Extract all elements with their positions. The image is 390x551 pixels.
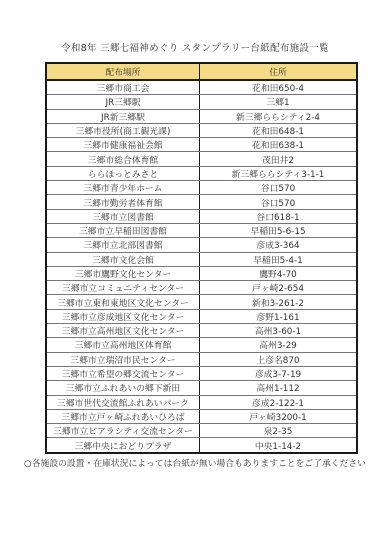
address-cell: 彦成2-122-1 bbox=[200, 395, 358, 409]
facility-name-cell: 三郷市立戸ヶ崎ふれあいひろば bbox=[46, 409, 200, 423]
facility-name-cell: 三郷市鷹野文化センター bbox=[46, 266, 200, 280]
table-body: 三郷市商工会花和田650-4JR三郷駅三郷1JR新三郷駅新三郷ららシティ2-4三… bbox=[46, 80, 357, 453]
table-row: JR新三郷駅新三郷ららシティ2-4 bbox=[46, 109, 357, 123]
address-cell: 泉2-35 bbox=[200, 424, 358, 438]
address-cell: 高州3-29 bbox=[200, 338, 358, 352]
table-row: 三郷市立彦成地区文化センター彦野1-161 bbox=[46, 309, 357, 323]
facility-name-cell: 三郷市健康福祉会館 bbox=[46, 138, 200, 152]
address-cell: 茂田井2 bbox=[200, 152, 358, 166]
facility-name-cell: 三郷市立コミュニティセンター bbox=[46, 281, 200, 295]
table-row: 三郷市鷹野文化センター鷹野4-70 bbox=[46, 266, 357, 280]
address-cell: 彦野1-161 bbox=[200, 309, 358, 323]
address-cell: 中央1-14-2 bbox=[200, 438, 358, 453]
table-row: 三郷中央におどりプラザ中央1-14-2 bbox=[46, 438, 357, 453]
table-row: 三郷市立瑞沼市民センター上彦名870 bbox=[46, 352, 357, 366]
header-distribution-place: 配布場所 bbox=[46, 63, 200, 80]
address-cell: 三郷1 bbox=[200, 95, 358, 109]
facility-name-cell: 三郷市立高州地区文化センター bbox=[46, 324, 200, 338]
address-cell: 鷹野4-70 bbox=[200, 266, 358, 280]
facility-name-cell: JR三郷駅 bbox=[46, 95, 200, 109]
table-row: JR三郷駅三郷1 bbox=[46, 95, 357, 109]
table-row: 三郷市立図書館谷口618-1 bbox=[46, 209, 357, 223]
address-cell: 彦成3-7-19 bbox=[200, 366, 358, 380]
facility-name-cell: 三郷市立彦成地区文化センター bbox=[46, 309, 200, 323]
table-row: 三郷市立東和東地区文化センター新和3-261-2 bbox=[46, 295, 357, 309]
header-address: 住所 bbox=[200, 63, 358, 80]
address-cell: 花和田638-1 bbox=[200, 138, 358, 152]
address-cell: 戸ヶ崎2-654 bbox=[200, 281, 358, 295]
facility-name-cell: 三郷市総合体育館 bbox=[46, 152, 200, 166]
address-cell: 早稲田5-6-15 bbox=[200, 223, 358, 237]
table-row: 三郷市勤労者体育館谷口570 bbox=[46, 195, 357, 209]
address-cell: 新三郷ららシティ2-4 bbox=[200, 109, 358, 123]
table-row: 三郷市立戸ヶ崎ふれあいひろば戸ヶ崎3200-1 bbox=[46, 409, 357, 423]
table-row: 三郷市青少年ホーム谷口570 bbox=[46, 181, 357, 195]
facility-name-cell: 三郷市青少年ホーム bbox=[46, 181, 200, 195]
page-title: 令和8年 三郷七福神めぐり スタンプラリー台紙配布施設一覧 bbox=[0, 40, 390, 54]
table-row: 三郷市立高州地区文化センター高州3-60-1 bbox=[46, 324, 357, 338]
facility-table: 配布場所 住所 三郷市商工会花和田650-4JR三郷駅三郷1JR新三郷駅新三郷ら… bbox=[45, 62, 358, 454]
footer-note: ○各施設の設置・在庫状況によっては台紙が無い場合もありますことをご了承ください bbox=[0, 456, 390, 469]
table-row: 三郷市健康福祉会館花和田638-1 bbox=[46, 138, 357, 152]
facility-name-cell: 三郷市立図書館 bbox=[46, 209, 200, 223]
table-row: 三郷市文化会館早稲田5-4-1 bbox=[46, 252, 357, 266]
facility-name-cell: 三郷市立高州地区体育館 bbox=[46, 338, 200, 352]
table-row: 三郷市立ピアラシティ交流センター泉2-35 bbox=[46, 424, 357, 438]
facility-name-cell: 三郷市立ピアラシティ交流センター bbox=[46, 424, 200, 438]
facility-name-cell: 三郷市立東和東地区文化センター bbox=[46, 295, 200, 309]
table-row: 三郷市立希望の郷交流センター彦成3-7-19 bbox=[46, 366, 357, 380]
facility-name-cell: 三郷市立瑞沼市民センター bbox=[46, 352, 200, 366]
facility-name-cell: 三郷市世代交流館ふれあいパーク bbox=[46, 395, 200, 409]
address-cell: 上彦名870 bbox=[200, 352, 358, 366]
table-row: 三郷市立早稲田図書館早稲田5-6-15 bbox=[46, 223, 357, 237]
table-row: 三郷市役所(商工観光課)花和田648-1 bbox=[46, 123, 357, 137]
facility-name-cell: JR新三郷駅 bbox=[46, 109, 200, 123]
facility-name-cell: 三郷市立早稲田図書館 bbox=[46, 223, 200, 237]
facility-name-cell: 三郷中央におどりプラザ bbox=[46, 438, 200, 453]
facility-name-cell: ららほっとみさと bbox=[46, 166, 200, 180]
document-page: 令和8年 三郷七福神めぐり スタンプラリー台紙配布施設一覧 配布場所 住所 三郷… bbox=[0, 0, 390, 551]
address-cell: 花和田650-4 bbox=[200, 80, 358, 95]
table-row: 三郷市商工会花和田650-4 bbox=[46, 80, 357, 95]
table-row: 三郷市立ふれあいの郷下新田高州1-112 bbox=[46, 381, 357, 395]
facility-name-cell: 三郷市商工会 bbox=[46, 80, 200, 95]
table-row: 三郷市立高州地区体育館高州3-29 bbox=[46, 338, 357, 352]
table-row: ららほっとみさと新三郷ららシティ3-1-1 bbox=[46, 166, 357, 180]
address-cell: 新三郷ららシティ3-1-1 bbox=[200, 166, 358, 180]
address-cell: 早稲田5-4-1 bbox=[200, 252, 358, 266]
facility-name-cell: 三郷市文化会館 bbox=[46, 252, 200, 266]
facility-name-cell: 三郷市立希望の郷交流センター bbox=[46, 366, 200, 380]
facility-name-cell: 三郷市勤労者体育館 bbox=[46, 195, 200, 209]
table-row: 三郷市世代交流館ふれあいパーク彦成2-122-1 bbox=[46, 395, 357, 409]
table-head: 配布場所 住所 bbox=[46, 63, 357, 80]
address-cell: 谷口570 bbox=[200, 195, 358, 209]
table-row: 三郷市総合体育館茂田井2 bbox=[46, 152, 357, 166]
facility-name-cell: 三郷市立北部図書館 bbox=[46, 238, 200, 252]
address-cell: 谷口570 bbox=[200, 181, 358, 195]
address-cell: 谷口618-1 bbox=[200, 209, 358, 223]
facility-name-cell: 三郷市立ふれあいの郷下新田 bbox=[46, 381, 200, 395]
address-cell: 高州1-112 bbox=[200, 381, 358, 395]
facility-name-cell: 三郷市役所(商工観光課) bbox=[46, 123, 200, 137]
address-cell: 花和田648-1 bbox=[200, 123, 358, 137]
address-cell: 彦成3-364 bbox=[200, 238, 358, 252]
table-row: 三郷市立北部図書館彦成3-364 bbox=[46, 238, 357, 252]
address-cell: 高州3-60-1 bbox=[200, 324, 358, 338]
address-cell: 新和3-261-2 bbox=[200, 295, 358, 309]
table-header-row: 配布場所 住所 bbox=[46, 63, 357, 80]
table-row: 三郷市立コミュニティセンター戸ヶ崎2-654 bbox=[46, 281, 357, 295]
address-cell: 戸ヶ崎3200-1 bbox=[200, 409, 358, 423]
